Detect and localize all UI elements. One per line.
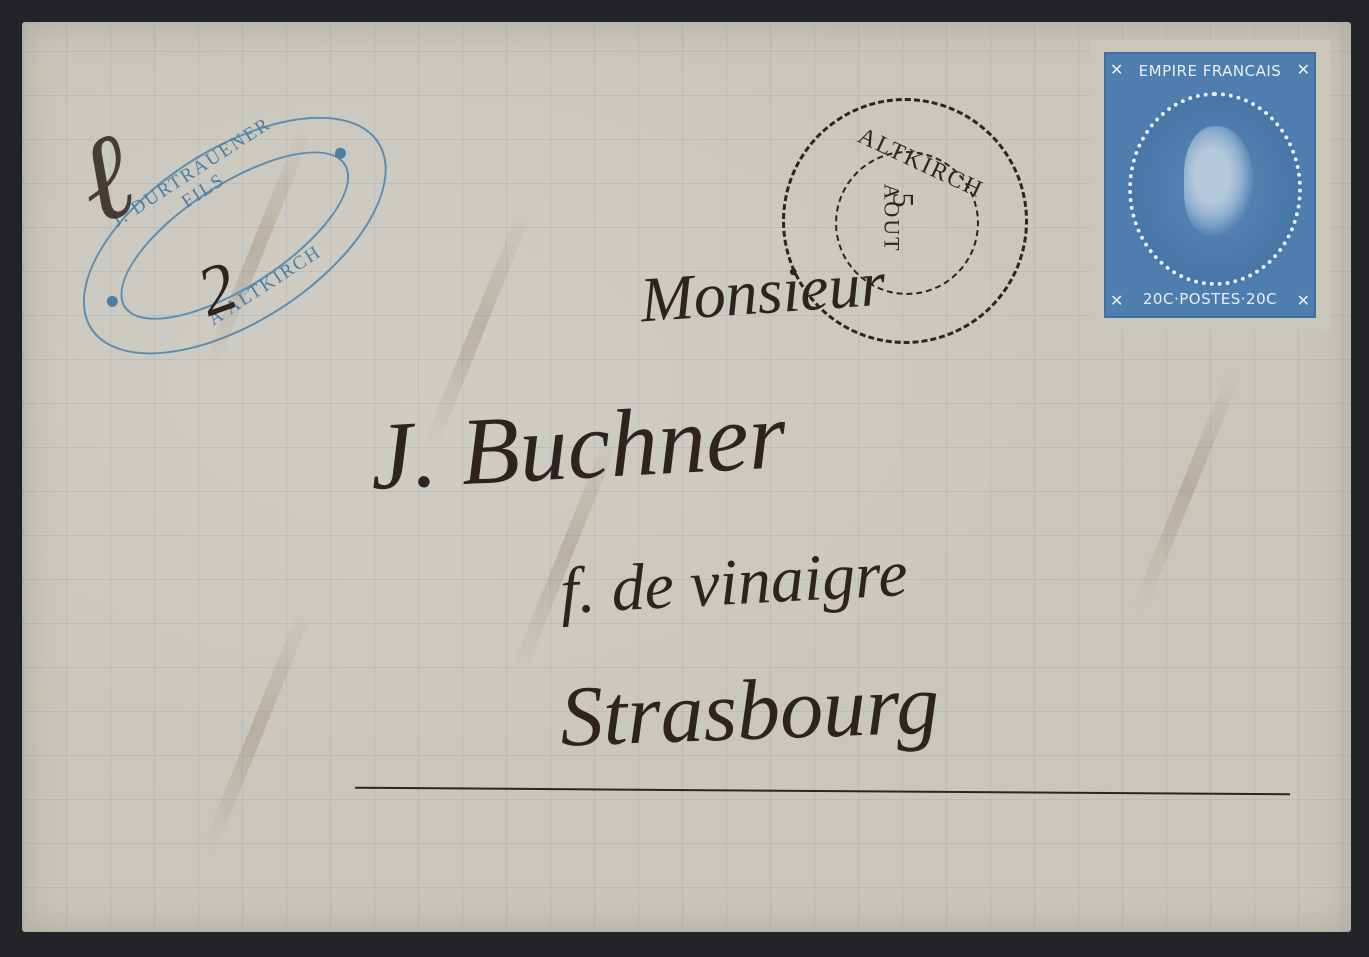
stamp-corner-x-icon: ✕ (1110, 291, 1123, 310)
address-line-2: J. Buchner (367, 379, 788, 512)
stamp-corner-x-icon: ✕ (1110, 60, 1123, 79)
stamp-portrait (1184, 126, 1254, 236)
stamp-top-text: EMPIRE FRANCAIS (1130, 60, 1290, 82)
stamp-frame: ✕ ✕ ✕ ✕ EMPIRE FRANCAIS 20C·POSTES·20C (1104, 52, 1316, 318)
stamp-bottom-text: 20C·POSTES·20C (1130, 288, 1290, 310)
postmark-month: AOUT (879, 183, 905, 252)
stamp-corner-x-icon: ✕ (1297, 60, 1310, 79)
stamp-medallion (1128, 92, 1302, 286)
address-line-4: Strasbourg (558, 653, 940, 766)
stamp-corner-x-icon: ✕ (1297, 291, 1310, 310)
postage-stamp: ✕ ✕ ✕ ✕ EMPIRE FRANCAIS 20C·POSTES·20C (1090, 40, 1330, 330)
